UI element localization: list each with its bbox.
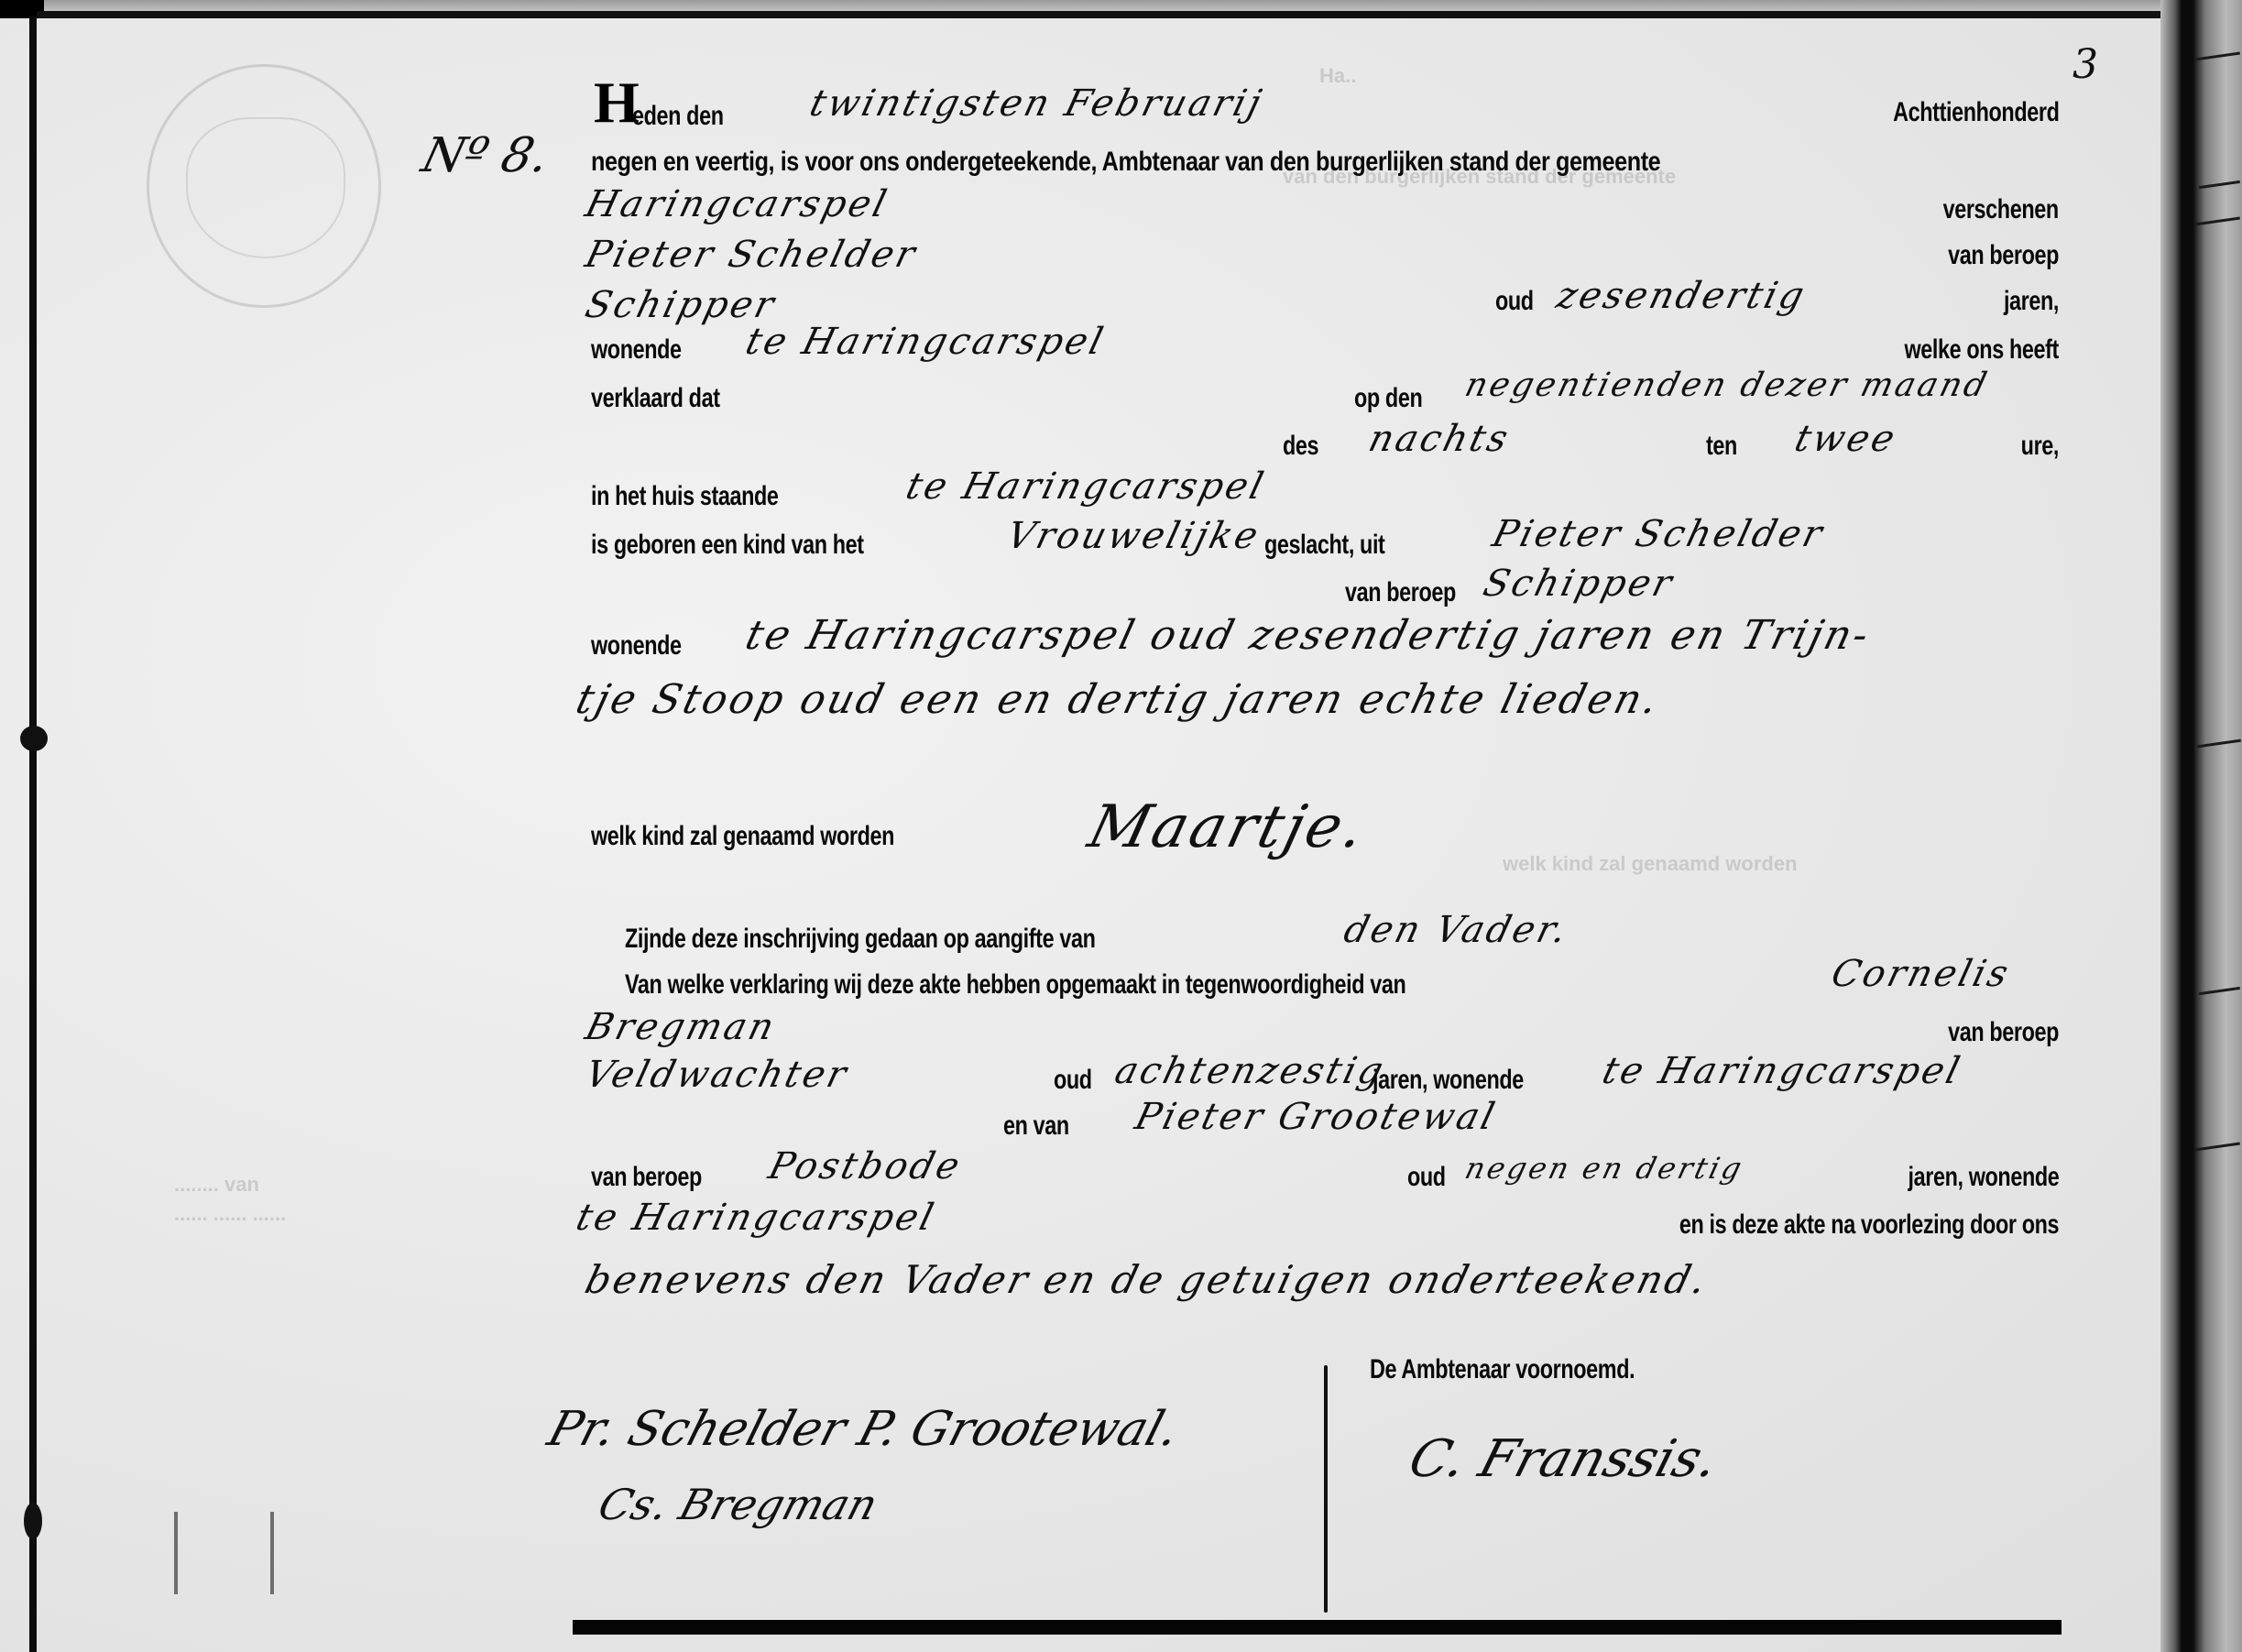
book-binding-gutter [2160,0,2242,1652]
printed-text: welke ons heeft [1905,334,2059,366]
witness-signature-bregman: Cs. Bregman [593,1480,883,1529]
printed-text: ten [1706,431,1737,462]
top-border-rule [37,11,2176,18]
handwritten-witness2-occupation: Postbode [764,1145,966,1187]
left-border-rule [29,16,37,1652]
handwritten-date: twintigsten Februarij [805,82,1267,125]
handwritten-witness2-age: negen en dertig [1461,1151,1747,1186]
printed-text: oud [1054,1065,1092,1096]
show-through-text: ........ van [174,1173,259,1197]
printed-text: is geboren een kind van het [591,530,864,561]
handwritten-hour: twee [1790,418,1901,460]
printed-text: ure, [2021,431,2059,462]
show-through-text: ...... ...... ...... [174,1202,286,1226]
handwritten-witness1-first-name: Cornelis [1827,953,2015,995]
handwritten-child-name: Maartje. [1082,793,1374,861]
printed-text: geslacht, uit [1264,530,1384,561]
printed-text: en is deze akte na voorlezing door ons [1679,1209,2059,1241]
printed-text: van beroep [591,1162,702,1193]
show-through-text: welk kind zal genaamd worden [1503,852,1798,876]
document-page: Ha.. van den burgerlijken stand der geme… [0,0,2242,1652]
printed-text: wonende [591,630,682,662]
handwritten-witness1-occupation: Veldwachter [581,1054,853,1096]
printed-text: Zijnde deze inschrijving gedaan op aangi… [625,924,1095,955]
handwritten-father-name: Pieter Schelder [1488,513,1829,555]
printed-text: eden den [632,101,724,132]
printed-text: en van [1003,1110,1069,1142]
printed-text: welk kind zal genaamd worden [591,821,894,852]
handwritten-witness1-age: achtenzestig [1110,1050,1390,1092]
margin-tally-mark [174,1512,178,1594]
seal-crest [186,117,345,258]
page-number: 3 [2072,41,2098,88]
handwritten-birth-date: negentienden dezer maand [1461,367,1993,404]
faint-seal-stamp [147,64,381,308]
handwritten-mother-details: tje Stoop oud een en dertig jaren echte … [572,676,1666,723]
handwritten-parents-details: te Haringcarspel oud zesendertig jaren e… [741,612,1876,659]
printed-text: verklaard dat [591,383,720,414]
printed-text: jaren, wonende [1373,1065,1524,1096]
handwritten-informant: den Vader. [1340,909,1573,951]
printed-text: in het huis staande [591,481,779,512]
binding-knot-mark [20,726,48,751]
printed-text: van beroep [1345,577,1456,608]
handwritten-time-of-day: nachts [1364,418,1515,460]
witness-signatures-line1: Pr. Schelder P. Grootewal. [541,1402,1185,1457]
printed-text: oud [1407,1162,1446,1193]
printed-text: Achttienhonderd [1893,97,2059,128]
handwritten-house-location: te Haringcarspel [902,465,1270,508]
show-through-text: Ha.. [1319,64,1356,88]
handwritten-witness1-surname: Bregman [581,1006,781,1048]
printed-text: wonende [591,334,682,366]
signature-bracket [1324,1365,1328,1613]
printed-text: Van welke verklaring wij deze akte hebbe… [625,969,1405,1001]
printed-text: van beroep [1948,1017,2059,1048]
printed-text: op den [1354,383,1422,414]
handwritten-closing-statement: benevens den Vader en de getuigen ondert… [581,1257,1713,1302]
handwritten-witness2-residence: te Haringcarspel [572,1197,940,1239]
official-signature: C. Franssis. [1403,1429,1725,1489]
binding-knot-mark [24,1503,42,1539]
entry-number: Nº 8. [417,128,555,183]
handwritten-municipality: Haringcarspel [581,183,892,225]
printed-text: jaren, wonende [1908,1162,2059,1193]
printed-text: jaren, [2004,286,2059,317]
handwritten-father-occupation: Schipper [1479,563,1679,605]
handwritten-residence: te Haringcarspel [741,321,1110,363]
handwritten-age: zesendertig [1552,275,1810,317]
handwritten-witness2-name: Pieter Grootewal [1131,1096,1501,1138]
printed-text: van beroep [1948,240,2059,271]
handwritten-witness1-residence: te Haringcarspel [1598,1050,1966,1092]
printed-text: oud [1495,286,1534,317]
printed-text: negen en veertig, is voor ons ondergetee… [591,147,1660,178]
printed-text: des [1283,431,1318,462]
printed-text: verschenen [1943,194,2059,225]
handwritten-sex: Vrouwelijke [1002,515,1264,557]
handwritten-occupation: Schipper [581,284,781,326]
handwritten-declarant-name: Pieter Schelder [581,234,922,276]
bottom-rule [573,1620,2062,1635]
margin-tally-mark [270,1512,274,1594]
official-label: De Ambtenaar voornoemd. [1370,1354,1635,1385]
